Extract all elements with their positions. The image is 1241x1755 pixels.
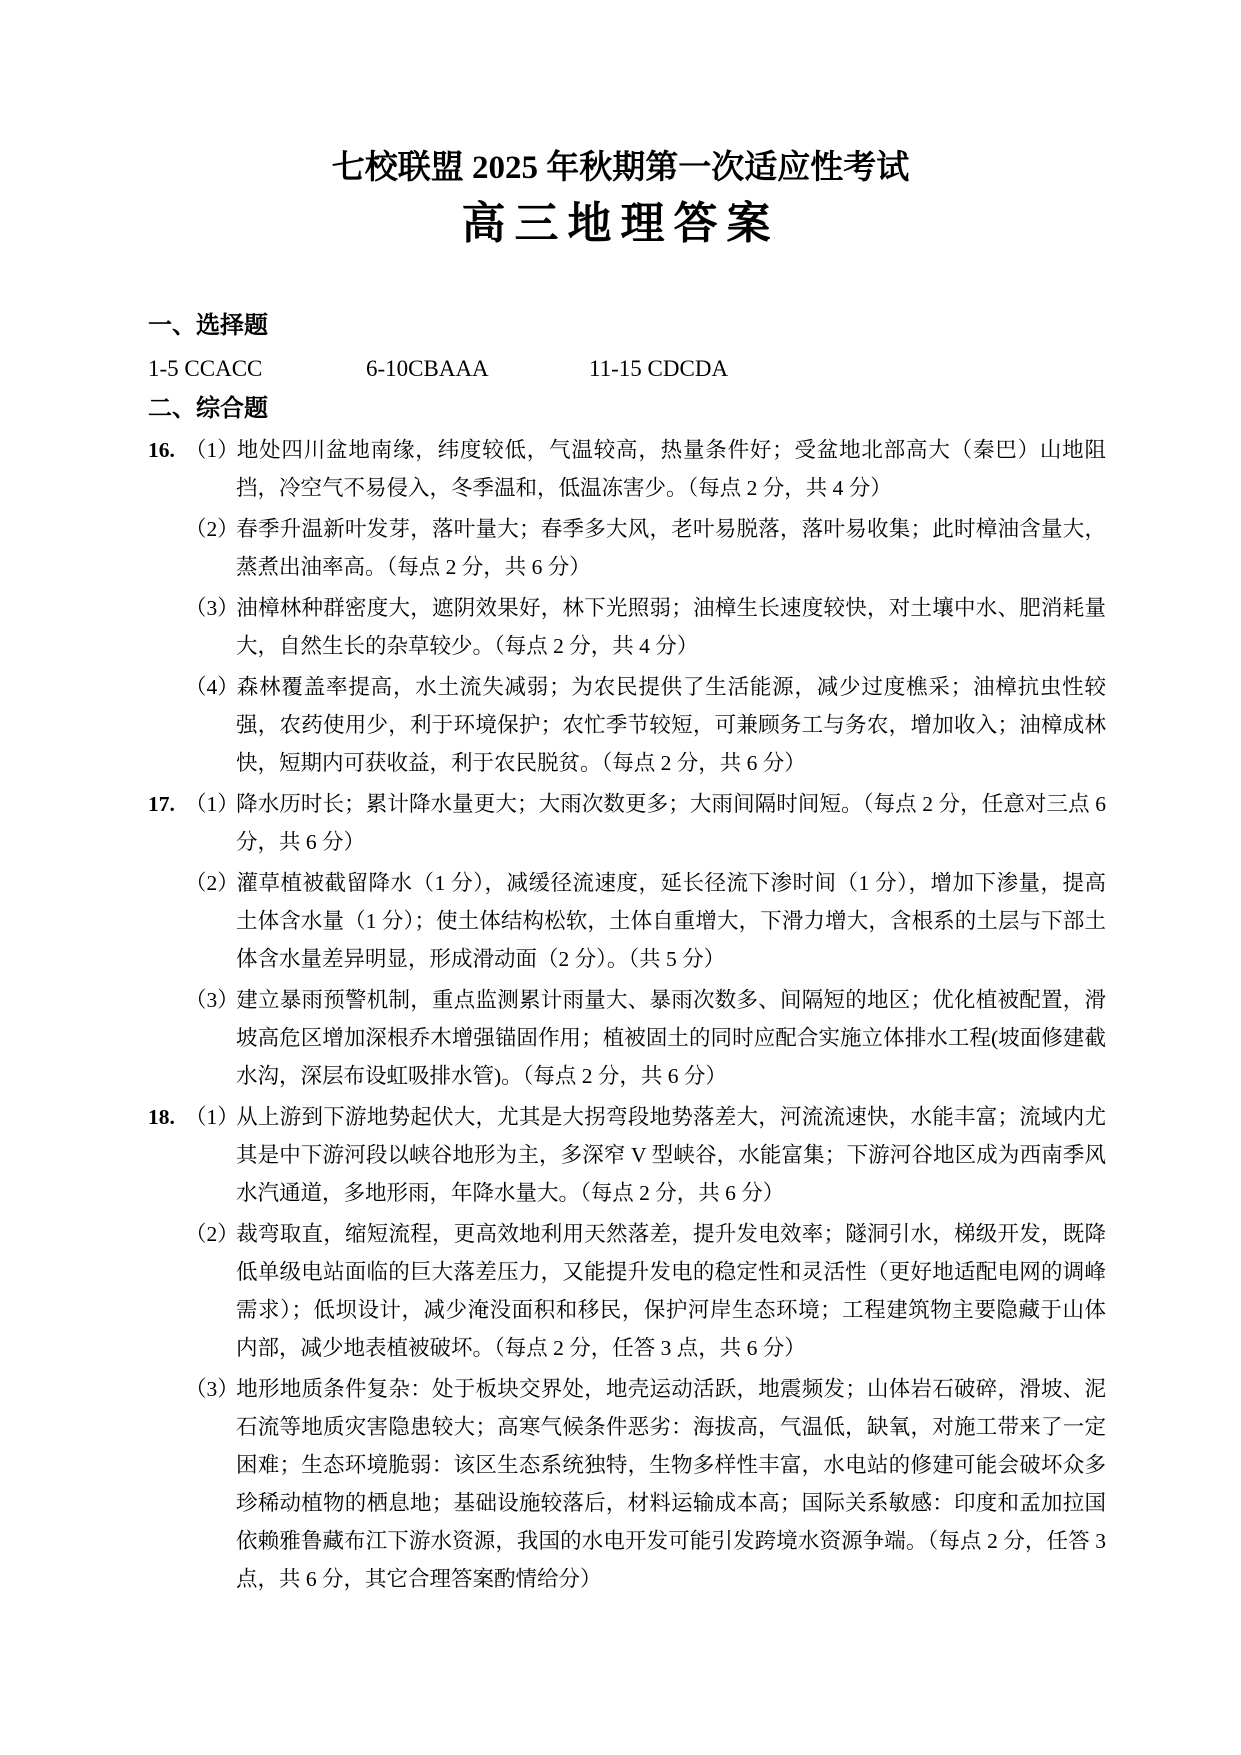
part-text: 春季升温新叶发芽，落叶量大；春季多大风，老叶易脱落，落叶易收集；此时樟油含量大，… bbox=[236, 517, 1106, 579]
question-16: 16. （1）地处四川盆地南缘，纬度较低，气温较高，热量条件好；受盆地北部高大（… bbox=[148, 431, 1106, 782]
part-label: （1） bbox=[185, 431, 236, 469]
part-label: （3） bbox=[185, 1370, 236, 1408]
part-label: （2） bbox=[185, 510, 236, 548]
question-17-number: 17. bbox=[148, 785, 175, 823]
choice-answers-row: 1-5 CCACC6-10CBAAA11-15 CDCDA bbox=[148, 356, 1106, 382]
question-16-number: 16. bbox=[148, 431, 175, 469]
part-label: （4） bbox=[185, 668, 236, 706]
part-text: 裁弯取直，缩短流程，更高效地利用天然落差，提升发电效率；隧洞引水，梯级开发，既降… bbox=[236, 1222, 1106, 1360]
page-title: 高三地理答案 bbox=[0, 196, 1241, 252]
exam-title: 七校联盟 2025 年秋期第一次适应性考试 bbox=[0, 0, 1241, 188]
section-heading-comprehensive: 二、综合题 bbox=[148, 395, 1106, 423]
choice-answers-1-5: 1-5 CCACC bbox=[148, 356, 366, 382]
answer-part-18-2: （2）裁弯取直，缩短流程，更高效地利用天然落差，提升发电效率；隧洞引水，梯级开发… bbox=[148, 1215, 1106, 1367]
answer-part-16-1: （1）地处四川盆地南缘，纬度较低，气温较高，热量条件好；受盆地北部高大（秦巴）山… bbox=[148, 431, 1106, 507]
part-label: （1） bbox=[185, 1098, 236, 1136]
part-label: （1） bbox=[185, 785, 236, 823]
part-text: 地处四川盆地南缘，纬度较低，气温较高，热量条件好；受盆地北部高大（秦巴）山地阻挡… bbox=[236, 438, 1106, 500]
part-text: 地形地质条件复杂：处于板块交界处，地壳运动活跃，地震频发；山体岩石破碎，滑坡、泥… bbox=[236, 1377, 1106, 1591]
part-label: （2） bbox=[185, 1215, 236, 1253]
answer-key-page: 七校联盟 2025 年秋期第一次适应性考试 高三地理答案 一、选择题 1-5 C… bbox=[0, 0, 1241, 1755]
answer-part-16-4: （4）森林覆盖率提高，水土流失减弱；为农民提供了生活能源，减少过度樵采；油樟抗虫… bbox=[148, 668, 1106, 782]
question-17: 17. （1）降水历时长；累计降水量更大；大雨次数更多；大雨间隔时间短。（每点 … bbox=[148, 785, 1106, 1095]
part-text: 森林覆盖率提高，水土流失减弱；为农民提供了生活能源，减少过度樵采；油樟抗虫性较强… bbox=[236, 675, 1106, 775]
section-heading-choice: 一、选择题 bbox=[148, 312, 1106, 340]
answer-part-16-2: （2）春季升温新叶发芽，落叶量大；春季多大风，老叶易脱落，落叶易收集；此时樟油含… bbox=[148, 510, 1106, 586]
part-text: 灌草植被截留降水（1 分），减缓径流速度，延长径流下渗时间（1 分），增加下渗量… bbox=[236, 871, 1106, 971]
part-label: （3） bbox=[185, 589, 236, 627]
question-18-number: 18. bbox=[148, 1098, 175, 1136]
answer-part-18-3: （3）地形地质条件复杂：处于板块交界处，地壳运动活跃，地震频发；山体岩石破碎，滑… bbox=[148, 1370, 1106, 1598]
answer-part-16-3: （3）油樟林种群密度大，遮阴效果好，林下光照弱；油樟生长速度较快，对土壤中水、肥… bbox=[148, 589, 1106, 665]
answer-part-17-2: （2）灌草植被截留降水（1 分），减缓径流速度，延长径流下渗时间（1 分），增加… bbox=[148, 864, 1106, 978]
question-18: 18. （1）从上游到下游地势起伏大，尤其是大拐弯段地势落差大，河流流速快，水能… bbox=[148, 1098, 1106, 1598]
answer-part-18-1: （1）从上游到下游地势起伏大，尤其是大拐弯段地势落差大，河流流速快，水能丰富；流… bbox=[148, 1098, 1106, 1212]
part-text: 降水历时长；累计降水量更大；大雨次数更多；大雨间隔时间短。（每点 2 分，任意对… bbox=[236, 792, 1106, 854]
part-text: 油樟林种群密度大，遮阴效果好，林下光照弱；油樟生长速度较快，对土壤中水、肥消耗量… bbox=[236, 596, 1106, 658]
choice-answers-11-15: 11-15 CDCDA bbox=[589, 356, 728, 382]
choice-answers-6-10: 6-10CBAAA bbox=[366, 356, 589, 382]
part-label: （3） bbox=[185, 981, 236, 1019]
part-text: 从上游到下游地势起伏大，尤其是大拐弯段地势落差大，河流流速快，水能丰富；流域内尤… bbox=[236, 1105, 1106, 1205]
answer-part-17-3: （3）建立暴雨预警机制，重点监测累计雨量大、暴雨次数多、间隔短的地区；优化植被配… bbox=[148, 981, 1106, 1095]
comprehensive-answers: 16. （1）地处四川盆地南缘，纬度较低，气温较高，热量条件好；受盆地北部高大（… bbox=[148, 431, 1106, 1598]
part-text: 建立暴雨预警机制，重点监测累计雨量大、暴雨次数多、间隔短的地区；优化植被配置，滑… bbox=[236, 988, 1106, 1088]
answer-part-17-1: （1）降水历时长；累计降水量更大；大雨次数更多；大雨间隔时间短。（每点 2 分，… bbox=[148, 785, 1106, 861]
part-label: （2） bbox=[185, 864, 236, 902]
